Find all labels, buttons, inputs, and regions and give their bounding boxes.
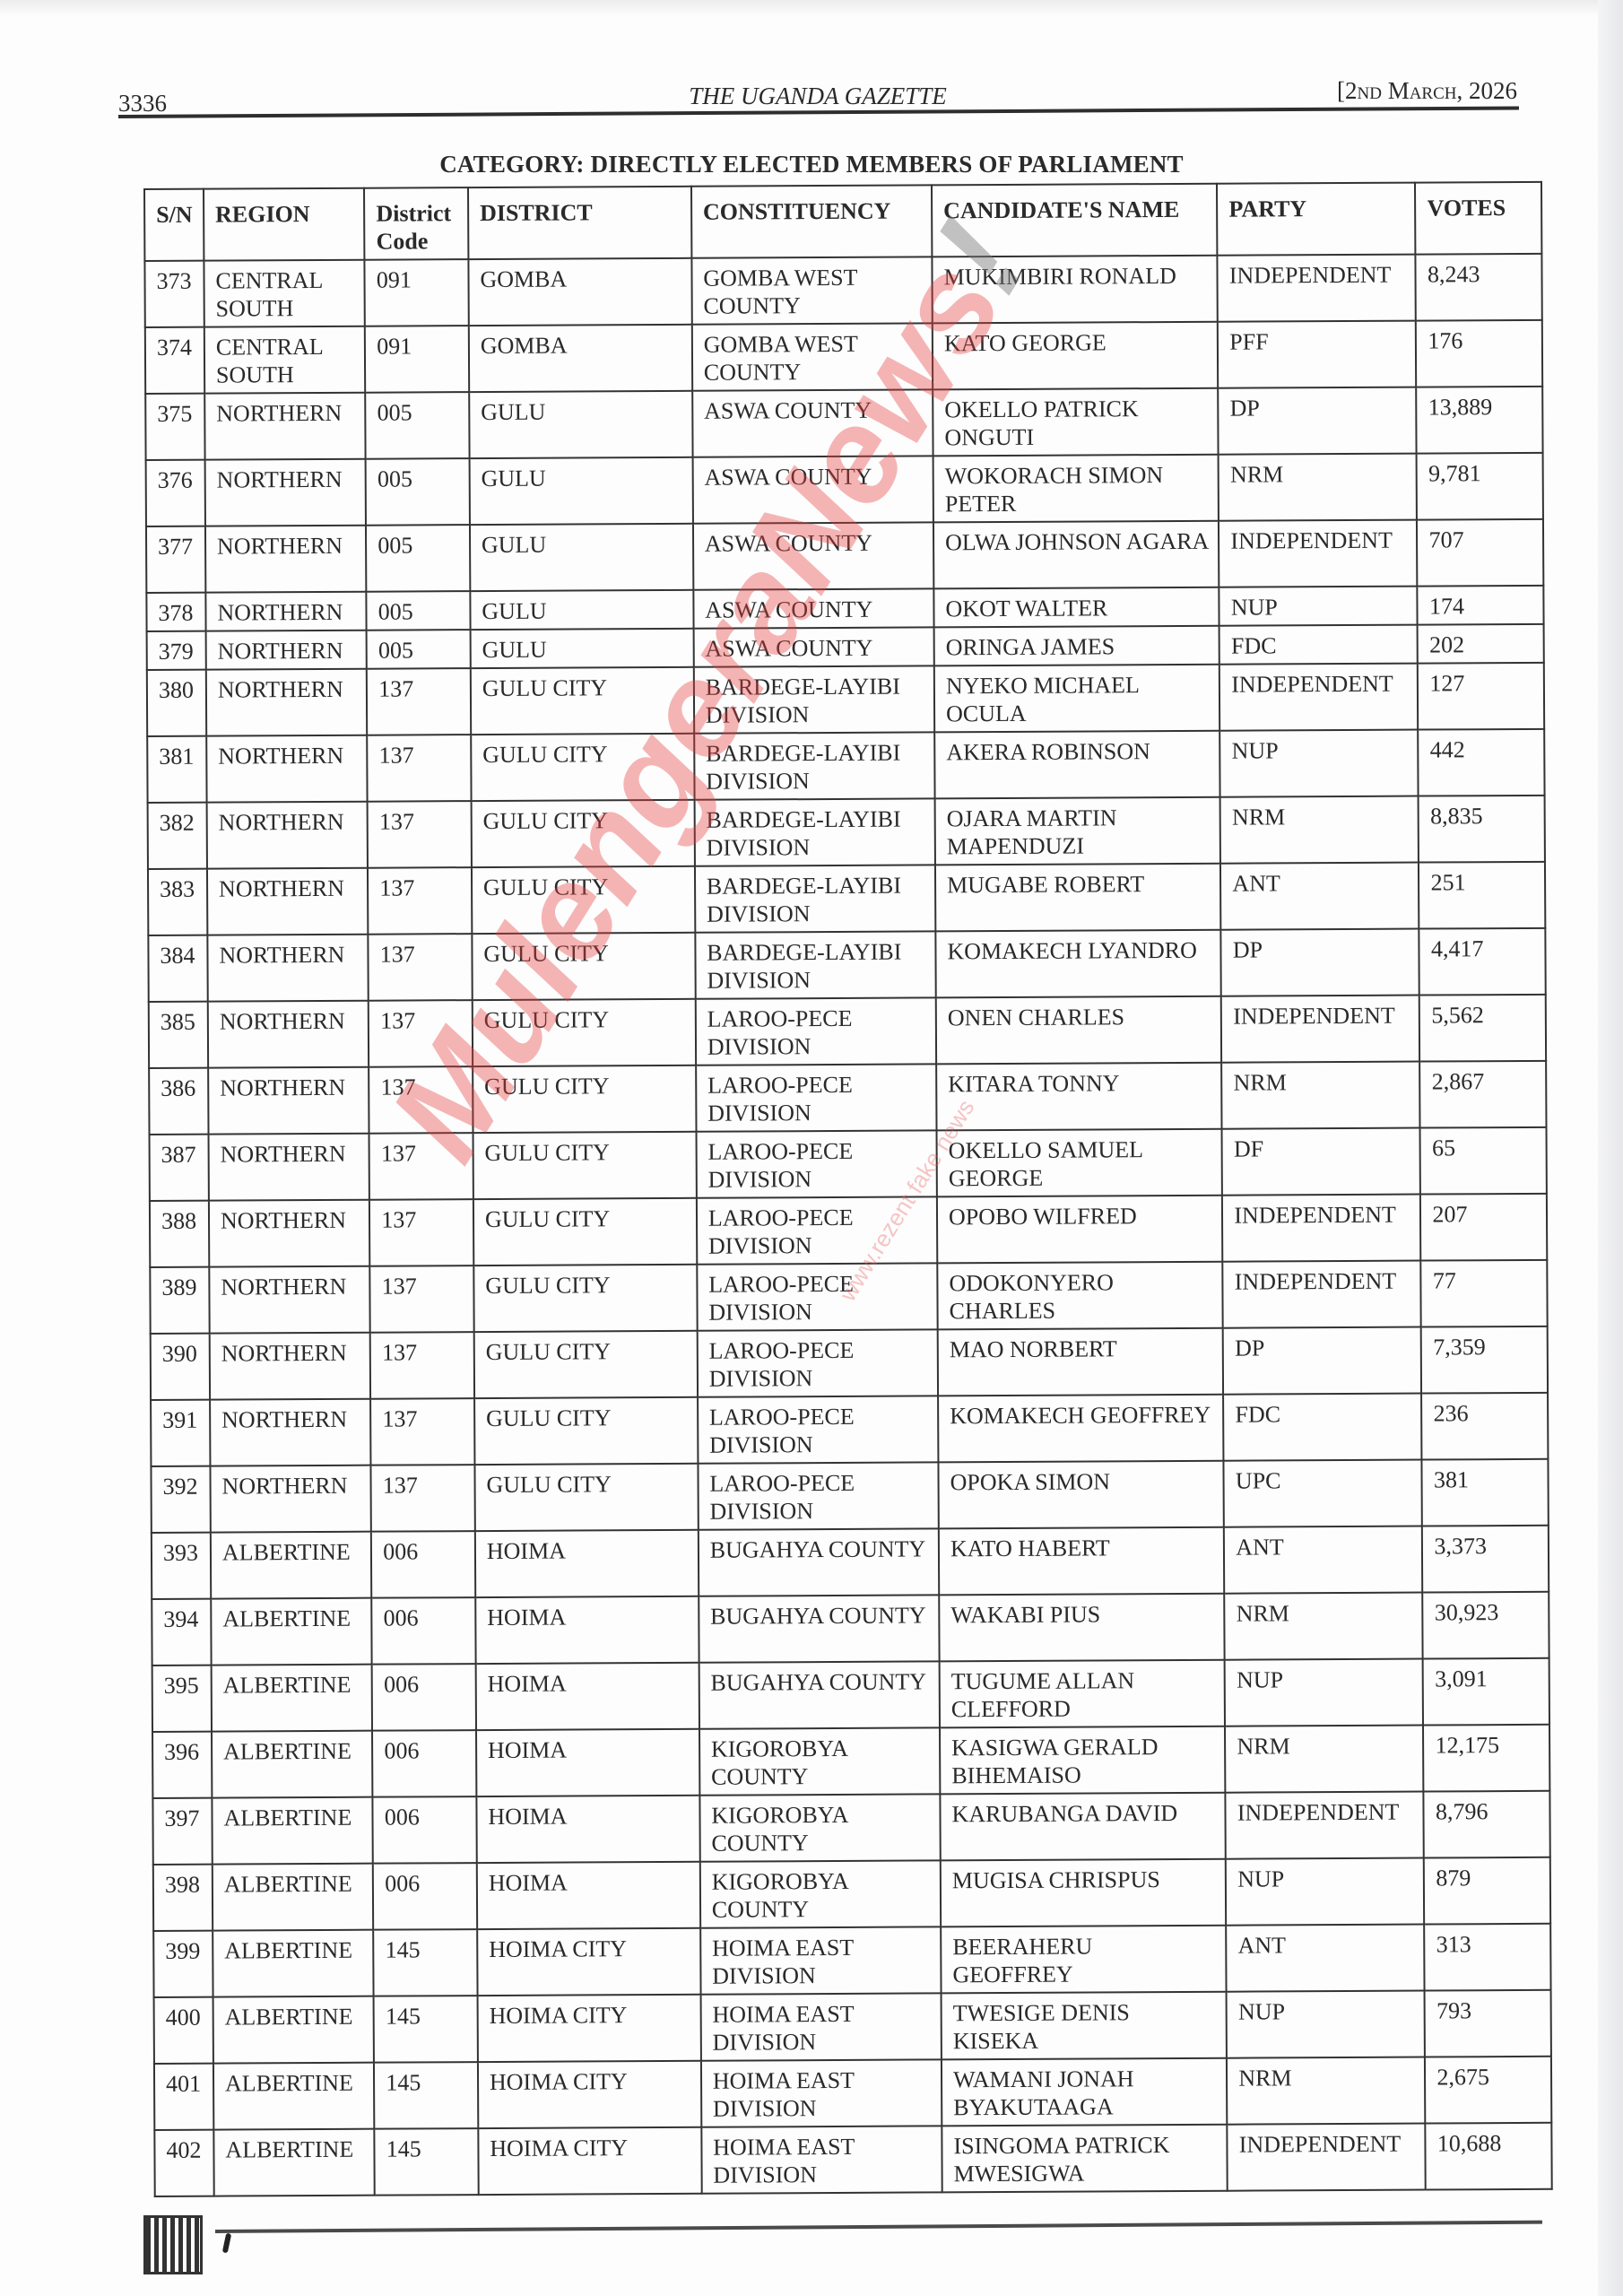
- table-row: 390NORTHERN137GULU CITYLAROO-PECE DIVISI…: [151, 1326, 1548, 1400]
- cell-district: GULU CITY: [471, 667, 694, 735]
- cell-party: FDC: [1219, 625, 1418, 665]
- cell-sn: 396: [152, 1732, 212, 1798]
- cell-candidate-name: KATO GEORGE: [933, 322, 1219, 390]
- cell-votes: 2,675: [1425, 2057, 1551, 2124]
- pen-mark: [222, 2233, 231, 2254]
- cell-votes: 30,923: [1423, 1592, 1549, 1659]
- category-heading: CATEGORY: DIRECTLY ELECTED MEMBERS OF PA…: [0, 151, 1623, 178]
- table-row: 386NORTHERN137GULU CITYLAROO-PECE DIVISI…: [149, 1061, 1546, 1135]
- footer-rule: [215, 2221, 1542, 2233]
- cell-district: HOIMA CITY: [477, 1928, 700, 1996]
- cell-district: HOIMA CITY: [478, 2061, 701, 2128]
- cell-party: NUP: [1219, 587, 1418, 626]
- cell-votes: 251: [1419, 862, 1545, 929]
- cell-party: INDEPENDENT: [1226, 1792, 1425, 1859]
- cell-region: NORTHERN: [210, 1333, 371, 1400]
- cell-candidate-name: OKOT WALTER: [933, 587, 1219, 628]
- cell-district: GULU: [470, 629, 693, 668]
- col-party: PARTY: [1217, 183, 1416, 256]
- cell-constituency: LAROO-PECE DIVISION: [696, 997, 937, 1065]
- cell-party: NRM: [1225, 1593, 1424, 1660]
- cell-sn: 390: [151, 1334, 210, 1400]
- table-row: 375NORTHERN005GULUASWA COUNTYOKELLO PATR…: [145, 387, 1542, 460]
- cell-district: GULU CITY: [473, 1065, 696, 1133]
- cell-sn: 380: [147, 670, 206, 736]
- table-row: 389NORTHERN137GULU CITYLAROO-PECE DIVISI…: [150, 1260, 1547, 1334]
- cell-candidate-name: WOKORACH SIMON PETER: [933, 455, 1219, 523]
- scan-shadow-right: [1598, 0, 1623, 2296]
- cell-district-code: 137: [369, 1000, 473, 1067]
- cell-district: GULU CITY: [472, 866, 695, 934]
- cell-district: GULU CITY: [473, 1265, 697, 1332]
- cell-sn: 393: [152, 1533, 211, 1599]
- cell-party: DF: [1222, 1128, 1421, 1196]
- publication-title: THE UGANDA GAZETTE: [118, 83, 1517, 110]
- cell-region: NORTHERN: [206, 631, 368, 670]
- cell-sn: 379: [147, 631, 206, 670]
- cell-party: NRM: [1221, 1062, 1420, 1129]
- cell-district-code: 137: [367, 668, 471, 735]
- results-table: S/N REGION District Code DISTRICT CONSTI…: [143, 181, 1553, 2197]
- cell-district-code: 137: [369, 934, 473, 1001]
- cell-district-code: 006: [372, 1597, 476, 1665]
- cell-district-code: 005: [366, 458, 470, 526]
- cell-sn: 399: [153, 1931, 213, 1997]
- cell-district-code: 137: [369, 1133, 473, 1200]
- cell-constituency: HOIMA EAST DIVISION: [700, 1993, 942, 2060]
- cell-candidate-name: MAO NORBERT: [938, 1328, 1224, 1396]
- col-votes: VOTES: [1415, 182, 1541, 255]
- cell-votes: 65: [1420, 1127, 1547, 1195]
- table-row: 401ALBERTINE145HOIMA CITYHOIMA EAST DIVI…: [154, 2057, 1551, 2130]
- col-candidate-name: CANDIDATE'S NAME: [932, 184, 1218, 257]
- cell-constituency: BARDEGE-LAYIBI DIVISION: [694, 798, 935, 865]
- cell-district: HOIMA CITY: [478, 2127, 701, 2195]
- cell-constituency: LAROO-PECE DIVISION: [696, 1130, 937, 1197]
- cell-party: PFF: [1218, 321, 1417, 388]
- cell-constituency: HOIMA EAST DIVISION: [700, 1926, 942, 1994]
- table-row: 384NORTHERN137GULU CITYBARDEGE-LAYIBI DI…: [148, 928, 1545, 1002]
- cell-region: NORTHERN: [209, 1200, 370, 1267]
- cell-votes: 4,417: [1419, 928, 1546, 996]
- cell-region: NORTHERN: [207, 802, 369, 869]
- cell-district: GULU: [470, 590, 693, 630]
- cell-district-code: 145: [374, 1996, 478, 2063]
- cell-sn: 388: [150, 1201, 209, 1267]
- cell-candidate-name: KARUBANGA DAVID: [940, 1793, 1226, 1861]
- cell-district: GOMBA: [469, 325, 692, 392]
- cell-votes: 442: [1419, 729, 1545, 796]
- cell-region: ALBERTINE: [213, 1930, 374, 1997]
- cell-constituency: BUGAHYA COUNTY: [699, 1661, 940, 1728]
- cell-district-code: 091: [365, 326, 469, 393]
- cell-district-code: 137: [370, 1398, 474, 1465]
- cell-votes: 176: [1416, 320, 1542, 387]
- cell-sn: 381: [147, 736, 206, 803]
- table-row: 374CENTRAL SOUTH091GOMBAGOMBA WEST COUNT…: [145, 320, 1542, 394]
- cell-party: NUP: [1226, 1858, 1425, 1926]
- cell-region: ALBERTINE: [212, 1797, 373, 1865]
- cell-votes: 381: [1422, 1459, 1549, 1526]
- cell-candidate-name: KOMAKECH LYANDRO: [935, 930, 1221, 998]
- cell-votes: 8,243: [1416, 254, 1542, 321]
- cell-candidate-name: MUGISA CHRISPUS: [941, 1859, 1227, 1927]
- cell-district: GULU: [469, 391, 692, 458]
- scan-shadow-top: [0, 0, 1623, 16]
- cell-constituency: KIGOROBYA COUNTY: [700, 1860, 942, 1927]
- cell-district-code: 006: [372, 1664, 476, 1731]
- cell-party: FDC: [1223, 1394, 1422, 1461]
- cell-votes: 7,359: [1421, 1326, 1548, 1394]
- cell-sn: 395: [152, 1665, 212, 1732]
- cell-sn: 373: [144, 261, 204, 327]
- cell-party: DP: [1223, 1327, 1422, 1395]
- cell-party: INDEPENDENT: [1222, 1195, 1421, 1262]
- table-row: 387NORTHERN137GULU CITYLAROO-PECE DIVISI…: [150, 1127, 1547, 1201]
- cell-district-code: 006: [371, 1531, 475, 1598]
- table-row: 398ALBERTINE006HOIMAKIGOROBYA COUNTYMUGI…: [153, 1857, 1550, 1931]
- cell-region: NORTHERN: [210, 1399, 371, 1466]
- cell-party: ANT: [1220, 863, 1419, 930]
- cell-constituency: LAROO-PECE DIVISION: [697, 1263, 938, 1330]
- table-row: 393ALBERTINE006HOIMABUGAHYA COUNTYKATO H…: [152, 1526, 1549, 1599]
- cell-district-code: 091: [365, 259, 469, 326]
- cell-candidate-name: OKELLO SAMUEL GEORGE: [937, 1129, 1223, 1197]
- cell-district: HOIMA: [475, 1596, 699, 1664]
- cell-votes: 202: [1418, 624, 1544, 664]
- cell-party: INDEPENDENT: [1228, 2124, 1427, 2191]
- cell-candidate-name: OJARA MARTIN MAPENDUZI: [935, 797, 1221, 865]
- cell-constituency: ASWA COUNTY: [693, 627, 933, 666]
- table-row: 399ALBERTINE145HOIMA CITYHOIMA EAST DIVI…: [153, 1924, 1550, 1997]
- table-row: 388NORTHERN137GULU CITYLAROO-PECE DIVISI…: [150, 1194, 1547, 1267]
- cell-district-code: 137: [368, 801, 472, 868]
- cell-region: CENTRAL SOUTH: [204, 260, 365, 327]
- cell-region: NORTHERN: [206, 735, 368, 803]
- cell-candidate-name: OKELLO PATRICK ONGUTI: [933, 388, 1219, 457]
- cell-region: NORTHERN: [205, 459, 367, 526]
- cell-votes: 13,889: [1417, 387, 1543, 454]
- cell-candidate-name: AKERA ROBINSON: [934, 731, 1220, 799]
- cell-sn: 397: [152, 1798, 212, 1865]
- col-sn: S/N: [144, 189, 204, 261]
- cell-district-code: 137: [370, 1332, 474, 1399]
- cell-candidate-name: BEERAHERU GEOFFREY: [941, 1926, 1227, 1994]
- table-row: 376NORTHERN005GULUASWA COUNTYWOKORACH SI…: [146, 453, 1543, 526]
- cell-candidate-name: TWESIGE DENIS KISEKA: [942, 1992, 1228, 2060]
- cell-sn: 400: [154, 1997, 213, 2064]
- table-row: 397ALBERTINE006HOIMAKIGOROBYA COUNTYKARU…: [152, 1791, 1549, 1865]
- cell-region: ALBERTINE: [213, 2063, 375, 2130]
- cell-region: ALBERTINE: [213, 2129, 375, 2196]
- cell-party: DP: [1221, 929, 1420, 996]
- cell-sn: 392: [151, 1466, 210, 1533]
- cell-sn: 384: [148, 935, 207, 1002]
- cell-party: NUP: [1219, 730, 1419, 797]
- cell-constituency: HOIMA EAST DIVISION: [701, 2126, 942, 2193]
- cell-votes: 12,175: [1423, 1725, 1549, 1792]
- cell-constituency: BUGAHYA COUNTY: [699, 1528, 940, 1596]
- cell-candidate-name: NYEKO MICHAEL OCULA: [934, 665, 1220, 733]
- cell-party: ANT: [1224, 1526, 1423, 1594]
- cell-constituency: ASWA COUNTY: [692, 389, 933, 457]
- cell-votes: 3,091: [1423, 1658, 1549, 1726]
- cell-constituency: BARDEGE-LAYIBI DIVISION: [694, 732, 935, 799]
- cell-votes: 77: [1421, 1260, 1548, 1327]
- cell-sn: 382: [148, 803, 207, 869]
- cell-sn: 387: [150, 1135, 209, 1201]
- cell-party: NRM: [1219, 454, 1418, 521]
- cell-district-code: 006: [372, 1730, 476, 1797]
- cell-district-code: 137: [368, 867, 472, 935]
- cell-district: GULU: [470, 524, 693, 591]
- cell-party: INDEPENDENT: [1218, 255, 1417, 322]
- cell-district-code: 145: [375, 2128, 479, 2196]
- cell-district: GULU CITY: [472, 933, 695, 1000]
- cell-sn: 376: [146, 460, 205, 526]
- cell-district-code: 145: [373, 1929, 477, 1996]
- cell-votes: 127: [1418, 663, 1544, 730]
- cell-region: NORTHERN: [209, 1266, 370, 1334]
- cell-region: ALBERTINE: [211, 1598, 372, 1665]
- cell-candidate-name: MUGABE ROBERT: [935, 864, 1221, 932]
- cell-sn: 394: [152, 1599, 211, 1665]
- cell-district-code: 005: [365, 392, 469, 459]
- table-row: 382NORTHERN137GULU CITYBARDEGE-LAYIBI DI…: [148, 796, 1545, 869]
- cell-district: GULU CITY: [473, 1132, 696, 1199]
- cell-constituency: HOIMA EAST DIVISION: [701, 2059, 942, 2126]
- cell-district: GULU CITY: [474, 1464, 698, 1531]
- cell-party: INDEPENDENT: [1219, 520, 1418, 587]
- cell-party: NUP: [1225, 1659, 1424, 1726]
- cell-votes: 9,781: [1417, 453, 1543, 520]
- cell-candidate-name: ODOKONYERO CHARLES: [937, 1262, 1223, 1330]
- cell-district: GULU CITY: [471, 734, 694, 801]
- cell-region: NORTHERN: [207, 935, 369, 1002]
- cell-district: GULU CITY: [471, 800, 694, 867]
- cell-constituency: ASWA COUNTY: [692, 456, 933, 523]
- cell-constituency: LAROO-PECE DIVISION: [698, 1462, 939, 1529]
- cell-district: HOIMA: [477, 1862, 700, 1929]
- cell-district-code: 005: [366, 525, 470, 592]
- cell-region: NORTHERN: [208, 1134, 369, 1201]
- cell-region: CENTRAL SOUTH: [204, 326, 366, 394]
- table-header-row: S/N REGION District Code DISTRICT CONSTI…: [144, 182, 1541, 261]
- cell-district-code: 005: [367, 591, 471, 631]
- cell-district-code: 137: [370, 1265, 474, 1333]
- cell-votes: 793: [1425, 1990, 1551, 2057]
- cell-constituency: BARDEGE-LAYIBI DIVISION: [695, 931, 936, 998]
- cell-votes: 10,688: [1426, 2123, 1552, 2190]
- publication-date: [2nd March, 2026: [1337, 77, 1517, 105]
- table-row: 380NORTHERN137GULU CITYBARDEGE-LAYIBI DI…: [147, 663, 1544, 736]
- cell-district: GULU CITY: [473, 999, 696, 1066]
- col-region: REGION: [204, 188, 365, 261]
- cell-region: NORTHERN: [208, 1067, 369, 1135]
- cell-votes: 313: [1425, 1924, 1551, 1991]
- cell-district: GOMBA: [468, 258, 691, 326]
- cell-votes: 5,562: [1419, 995, 1546, 1062]
- cell-district-code: 005: [367, 630, 471, 669]
- cell-constituency: GOMBA WEST COUNTY: [691, 257, 933, 324]
- cell-votes: 3,373: [1422, 1526, 1549, 1593]
- cell-candidate-name: MUKIMBIRI RONALD: [932, 256, 1218, 324]
- cell-candidate-name: TUGUME ALLAN CLEFFORD: [940, 1660, 1226, 1728]
- cell-party: ANT: [1226, 1925, 1425, 1992]
- cell-candidate-name: WAKABI PIUS: [939, 1594, 1225, 1662]
- cell-district-code: 137: [371, 1465, 475, 1532]
- cell-region: NORTHERN: [205, 592, 367, 631]
- cell-sn: 398: [153, 1865, 213, 1931]
- table-body: 373CENTRAL SOUTH091GOMBAGOMBA WEST COUNT…: [144, 254, 1551, 2196]
- table-row: 377NORTHERN005GULUASWA COUNTYOLWA JOHNSO…: [146, 519, 1543, 593]
- cell-constituency: LAROO-PECE DIVISION: [698, 1396, 939, 1463]
- cell-candidate-name: OPOBO WILFRED: [937, 1196, 1223, 1264]
- cell-sn: 375: [145, 394, 204, 460]
- cell-candidate-name: ORINGA JAMES: [934, 626, 1220, 666]
- cell-votes: 174: [1418, 586, 1544, 625]
- cell-region: NORTHERN: [208, 1001, 369, 1068]
- cell-region: NORTHERN: [205, 526, 367, 593]
- cell-region: NORTHERN: [206, 669, 368, 736]
- cell-candidate-name: WAMANI JONAH BYAKUTAAGA: [942, 2058, 1228, 2126]
- col-district-code: District Code: [364, 187, 468, 260]
- cell-region: NORTHERN: [204, 393, 366, 460]
- col-constituency: CONSTITUENCY: [691, 185, 933, 257]
- cell-party: NRM: [1225, 1726, 1424, 1793]
- cell-party: NUP: [1227, 1991, 1426, 2058]
- cell-district: GULU CITY: [474, 1331, 698, 1398]
- cell-candidate-name: KOMAKECH GEOFFREY: [938, 1395, 1224, 1463]
- cell-candidate-name: KASIGWA GERALD BIHEMAISO: [940, 1726, 1226, 1795]
- cell-sn: 386: [149, 1068, 208, 1135]
- cell-constituency: KIGOROBYA COUNTY: [699, 1727, 941, 1795]
- cell-region: ALBERTINE: [213, 1864, 374, 1931]
- cell-party: INDEPENDENT: [1221, 996, 1420, 1063]
- cell-votes: 236: [1422, 1393, 1549, 1460]
- cell-party: NRM: [1227, 2057, 1426, 2125]
- table-row: 373CENTRAL SOUTH091GOMBAGOMBA WEST COUNT…: [144, 254, 1541, 327]
- cell-party: INDEPENDENT: [1219, 664, 1419, 731]
- cell-sn: 383: [148, 869, 207, 935]
- cell-sn: 377: [146, 526, 205, 593]
- cell-region: NORTHERN: [210, 1465, 371, 1533]
- cell-sn: 374: [145, 327, 204, 394]
- cell-sn: 391: [151, 1400, 210, 1466]
- table-row: 392NORTHERN137GULU CITYLAROO-PECE DIVISI…: [151, 1459, 1548, 1533]
- cell-party: UPC: [1224, 1460, 1423, 1527]
- cell-constituency: KIGOROBYA COUNTY: [699, 1794, 941, 1861]
- cell-constituency: BARDEGE-LAYIBI DIVISION: [694, 665, 935, 733]
- cell-sn: 378: [146, 593, 205, 631]
- table-row: 396ALBERTINE006HOIMAKIGOROBYA COUNTYKASI…: [152, 1725, 1549, 1798]
- cell-district: HOIMA: [476, 1729, 699, 1796]
- cell-district: HOIMA: [476, 1796, 699, 1863]
- table-row: 391NORTHERN137GULU CITYLAROO-PECE DIVISI…: [151, 1393, 1548, 1466]
- cell-district-code: 137: [369, 1199, 473, 1266]
- cell-votes: 707: [1417, 519, 1543, 587]
- table-row: 381NORTHERN137GULU CITYBARDEGE-LAYIBI DI…: [147, 729, 1544, 803]
- cell-district: HOIMA: [475, 1663, 699, 1730]
- col-district: DISTRICT: [468, 187, 691, 259]
- cell-constituency: LAROO-PECE DIVISION: [697, 1196, 938, 1264]
- cell-constituency: LAROO-PECE DIVISION: [697, 1329, 938, 1396]
- qr-code-icon: [143, 2215, 203, 2274]
- table-row: 402ALBERTINE145HOIMA CITYHOIMA EAST DIVI…: [154, 2123, 1551, 2196]
- cell-region: ALBERTINE: [211, 1532, 372, 1599]
- cell-region: ALBERTINE: [213, 1996, 374, 2064]
- cell-sn: 385: [149, 1002, 208, 1068]
- cell-candidate-name: OLWA JOHNSON AGARA: [933, 521, 1219, 589]
- cell-district: HOIMA CITY: [477, 1995, 700, 2062]
- cell-region: ALBERTINE: [212, 1731, 373, 1798]
- cell-votes: 879: [1424, 1857, 1550, 1925]
- cell-constituency: ASWA COUNTY: [693, 522, 934, 589]
- cell-candidate-name: OPOKA SIMON: [938, 1461, 1224, 1529]
- cell-party: INDEPENDENT: [1223, 1261, 1422, 1328]
- cell-party: NRM: [1220, 796, 1419, 864]
- cell-votes: 2,867: [1420, 1061, 1547, 1128]
- cell-district: HOIMA: [475, 1530, 699, 1597]
- table-row: 394ALBERTINE006HOIMABUGAHYA COUNTYWAKABI…: [152, 1592, 1549, 1665]
- cell-district-code: 006: [373, 1863, 477, 1930]
- table-row: 383NORTHERN137GULU CITYBARDEGE-LAYIBI DI…: [148, 862, 1545, 935]
- cell-votes: 8,835: [1419, 796, 1545, 863]
- cell-region: NORTHERN: [207, 868, 369, 935]
- cell-constituency: GOMBA WEST COUNTY: [692, 323, 933, 390]
- cell-district: GULU CITY: [474, 1397, 698, 1465]
- cell-district-code: 006: [373, 1796, 477, 1864]
- cell-constituency: BUGAHYA COUNTY: [699, 1595, 940, 1662]
- table-row: 385NORTHERN137GULU CITYLAROO-PECE DIVISI…: [149, 995, 1546, 1068]
- table-row: 395ALBERTINE006HOIMABUGAHYA COUNTYTUGUME…: [152, 1658, 1549, 1732]
- cell-candidate-name: KATO HABERT: [939, 1527, 1225, 1596]
- cell-district: GULU CITY: [473, 1198, 697, 1265]
- cell-constituency: BARDEGE-LAYIBI DIVISION: [695, 865, 936, 932]
- cell-district-code: 145: [374, 2062, 478, 2129]
- cell-constituency: LAROO-PECE DIVISION: [696, 1064, 937, 1131]
- cell-party: DP: [1218, 387, 1417, 455]
- cell-sn: 402: [154, 2130, 213, 2196]
- cell-district: GULU: [469, 457, 692, 525]
- cell-candidate-name: KITARA TONNY: [936, 1063, 1222, 1131]
- cell-votes: 207: [1420, 1194, 1547, 1261]
- cell-candidate-name: ISINGOMA PATRICK MWESIGWA: [942, 2125, 1228, 2193]
- table-row: 400ALBERTINE145HOIMA CITYHOIMA EAST DIVI…: [154, 1990, 1551, 2064]
- cell-sn: 401: [154, 2064, 213, 2130]
- cell-district-code: 137: [367, 735, 471, 802]
- cell-votes: 8,796: [1424, 1791, 1550, 1858]
- cell-candidate-name: ONEN CHARLES: [936, 996, 1222, 1065]
- cell-constituency: ASWA COUNTY: [693, 588, 933, 628]
- cell-district-code: 137: [369, 1066, 473, 1134]
- cell-sn: 389: [150, 1267, 209, 1334]
- cell-region: ALBERTINE: [212, 1665, 373, 1732]
